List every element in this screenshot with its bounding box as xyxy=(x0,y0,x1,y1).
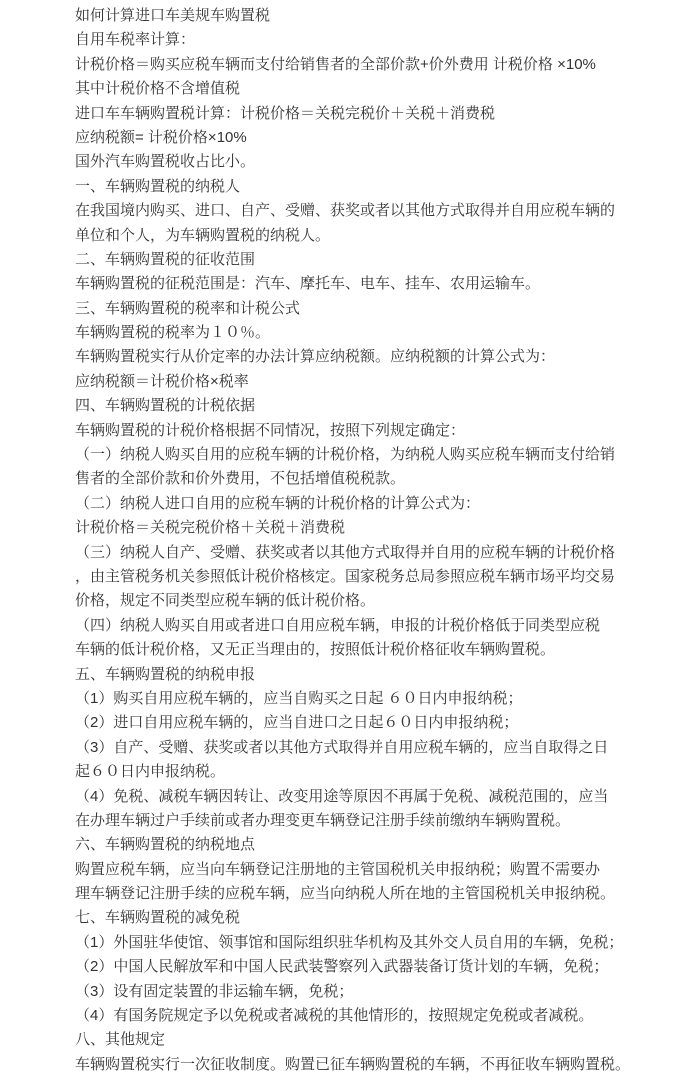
text-line: ，由主管税务机关参照低计税价格核定。国家税务总局参照应税车辆市场平均交易 xyxy=(75,565,665,589)
text-line: 车辆购置税的税率为１０％。 xyxy=(75,321,665,345)
text-line: 进口车车辆购置税计算：计税价格＝关税完税价＋关税＋消费税 xyxy=(75,102,665,126)
text-line: （二）纳税人进口自用的应税车辆的计税价格的计算公式为： xyxy=(75,492,665,516)
text-line: 理车辆登记注册手续的应税车辆，应当向纳税人所在地的主管国税机关申报纳税。 xyxy=(75,882,665,906)
text-line: 其中计税价格不含增值税 xyxy=(75,77,665,101)
text-line: 售者的全部价款和价外费用，不包括增值税税款。 xyxy=(75,467,665,491)
text-line: 计税价格＝关税完税价格＋关税＋消费税 xyxy=(75,516,665,540)
text-line: 车辆购置税实行从价定率的办法计算应纳税额。应纳税额的计算公式为： xyxy=(75,345,665,369)
text-line: 四、车辆购置税的计税依据 xyxy=(75,394,665,418)
text-line: 国外汽车购置税收占比小。 xyxy=(75,150,665,174)
text-line: 七、车辆购置税的减免税 xyxy=(75,906,665,930)
text-line: 五、车辆购置税的纳税申报 xyxy=(75,663,665,687)
text-line: 购置应税车辆，应当向车辆登记注册地的主管国税机关申报纳税；购置不需要办 xyxy=(75,858,665,882)
text-line: 车辆购置税的征税范围是：汽车、摩托车、电车、挂车、农用运输车。 xyxy=(75,272,665,296)
text-line: 二、车辆购置税的征收范围 xyxy=(75,248,665,272)
text-line: （1）购买自用应税车辆的，应当自购买之日起 ６０日内申报纳税； xyxy=(75,687,665,711)
text-line: （1）外国驻华使馆、领事馆和国际组织驻华机构及其外交人员自用的车辆，免税； xyxy=(75,931,665,955)
text-line: 应纳税额＝计税价格×税率 xyxy=(75,370,665,394)
text-line: （一）纳税人购买自用的应税车辆的计税价格，为纳税人购买应税车辆而支付给销 xyxy=(75,443,665,467)
text-line: 三、车辆购置税的税率和计税公式 xyxy=(75,297,665,321)
text-line: 车辆购置税实行一次征收制度。购置已征车辆购置税的车辆，不再征收车辆购置税。 xyxy=(75,1053,665,1077)
text-line: 在办理车辆过户手续前或者办理变更车辆登记注册手续前缴纳车辆购置税。 xyxy=(75,809,665,833)
text-line: 车辆购置税的计税价格根据不同情况，按照下列规定确定： xyxy=(75,419,665,443)
text-line: 车辆的低计税价格，又无正当理由的，按照低计税价格征收车辆购置税。 xyxy=(75,638,665,662)
text-line: （2）进口自用应税车辆的，应当自进口之日起６０日内申报纳税； xyxy=(75,711,665,735)
text-line: 起６０日内申报纳税。 xyxy=(75,760,665,784)
text-line: 六、车辆购置税的纳税地点 xyxy=(75,833,665,857)
text-line: （4）有国务院规定予以免税或者减税的其他情形的，按照规定免税或者减税。 xyxy=(75,1004,665,1028)
text-line: （4）免税、减税车辆因转让、改变用途等原因不再属于免税、减税范围的，应当 xyxy=(75,785,665,809)
text-line: 八、其他规定 xyxy=(75,1028,665,1052)
text-line: （3）设有固定装置的非运输车辆，免税； xyxy=(75,980,665,1004)
text-line: 价格，规定不同类型应税车辆的低计税价格。 xyxy=(75,589,665,613)
article-text: 如何计算进口车美规车购置税自用车税率计算：计税价格＝购买应税车辆而支付给销售者的… xyxy=(75,4,665,1077)
text-line: 单位和个人，为车辆购置税的纳税人。 xyxy=(75,224,665,248)
text-line: （三）纳税人自产、受赠、获奖或者以其他方式取得并自用的应税车辆的计税价格 xyxy=(75,541,665,565)
text-line: 计税价格＝购买应税车辆而支付给销售者的全部价款+价外费用 计税价格 ×10% xyxy=(75,53,665,77)
text-line: 如何计算进口车美规车购置税 xyxy=(75,4,665,28)
text-line: 应纳税额= 计税价格×10% xyxy=(75,126,665,150)
text-line: （3）自产、受赠、获奖或者以其他方式取得并自用应税车辆的，应当自取得之日 xyxy=(75,736,665,760)
text-line: （2）中国人民解放军和中国人民武装警察列入武器装备订货计划的车辆，免税； xyxy=(75,955,665,979)
text-line: （四）纳税人购买自用或者进口自用应税车辆，申报的计税价格低于同类型应税 xyxy=(75,614,665,638)
text-line: 在我国境内购买、进口、自产、受赠、获奖或者以其他方式取得并自用应税车辆的 xyxy=(75,199,665,223)
text-line: 一、车辆购置税的纳税人 xyxy=(75,175,665,199)
text-line: 自用车税率计算： xyxy=(75,28,665,52)
